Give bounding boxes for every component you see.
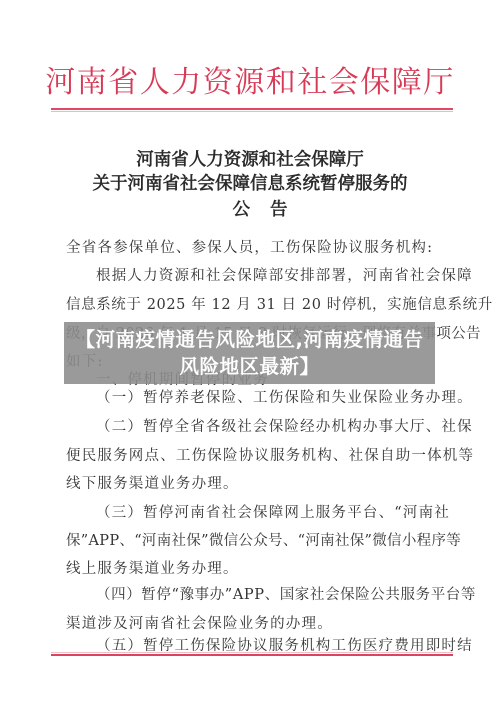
body-paragraph-line: 根据人力资源和社会保障部安排部署，河南省社会保障 — [96, 266, 436, 286]
notice-title-line-3: 公告 — [0, 198, 500, 222]
header-red-rule — [51, 108, 453, 110]
salutation: 全省各参保单位、参保人员，工伤保险协议服务机构: — [66, 238, 436, 258]
list-item: （四）暂停“豫事办”APP、国家社会保险公共服务平台等 — [96, 585, 466, 605]
list-item-continued: 线下服务渠道业务办理。 — [66, 474, 436, 494]
caption-overlay-banner: 【河南疫情通告风险地区,河南疫情通告风险地区最新】 — [64, 322, 435, 384]
list-item: （一）暂停养老保险、工伤保险和失业保险业务办理。 — [96, 388, 466, 408]
header-red-rule-thin — [51, 111, 453, 112]
list-item: （五）暂停工伤保险协议服务机构工伤医疗费用即时结 — [96, 636, 466, 656]
body-paragraph-line: 信息系统于 2025 年 12 月 31 日 20 时停机，实施信息系统升 — [66, 295, 436, 315]
caption-overlay-text: 【河南疫情通告风险地区,河南疫情通告风险地区最新】 — [70, 326, 430, 380]
list-item-continued: 渠道涉及河南省社会保险业务的办理。 — [66, 614, 436, 634]
issuing-org-header: 河南省人力资源和社会保障厅 — [0, 66, 500, 100]
list-item-continued: 线上服务渠道业务办理。 — [66, 559, 436, 579]
list-item: （三）暂停河南省社会保障网上服务平台、“河南社 — [96, 503, 466, 523]
notice-title-line-1: 河南省人力资源和社会保障厅 — [0, 148, 500, 172]
list-item-continued: 保”APP、“河南社保”微信公众号、“河南社保”微信小程序等 — [66, 531, 436, 551]
notice-title-line-2: 关于河南省社会保障信息系统暂停服务的 — [0, 172, 500, 196]
list-item: （二）暂停全省各级社会保险经办机构办事大厅、社保 — [96, 417, 466, 437]
list-item-continued: 便民服务网点、工伤保险协议服务机构、社保自助一体机等 — [66, 446, 436, 466]
